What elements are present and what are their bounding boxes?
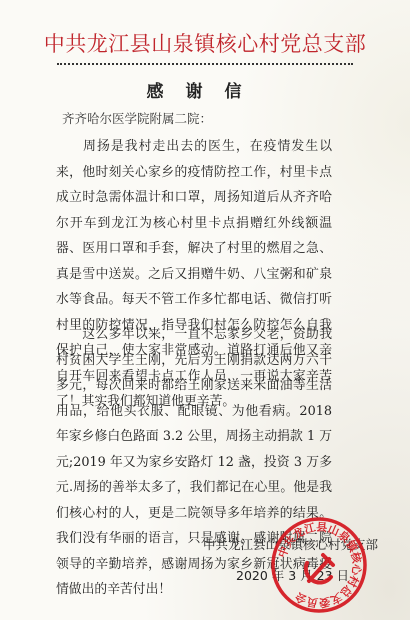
organization-header: 中共龙江县山泉镇核心村党总支部 (0, 28, 410, 58)
salutation: 齐齐哈尔医学院附属二院： (62, 109, 212, 127)
letter-title: 感谢信 (0, 77, 410, 102)
header-divider (57, 63, 353, 65)
official-seal-icon: 中共龙江县山泉镇核心村总支委员会 (269, 515, 369, 615)
hammer-sickle-icon (306, 555, 333, 583)
letter-page: 中共龙江县山泉镇核心村党总支部 感谢信 齐齐哈尔医学院附属二院： 周扬是我村走出… (0, 0, 410, 620)
